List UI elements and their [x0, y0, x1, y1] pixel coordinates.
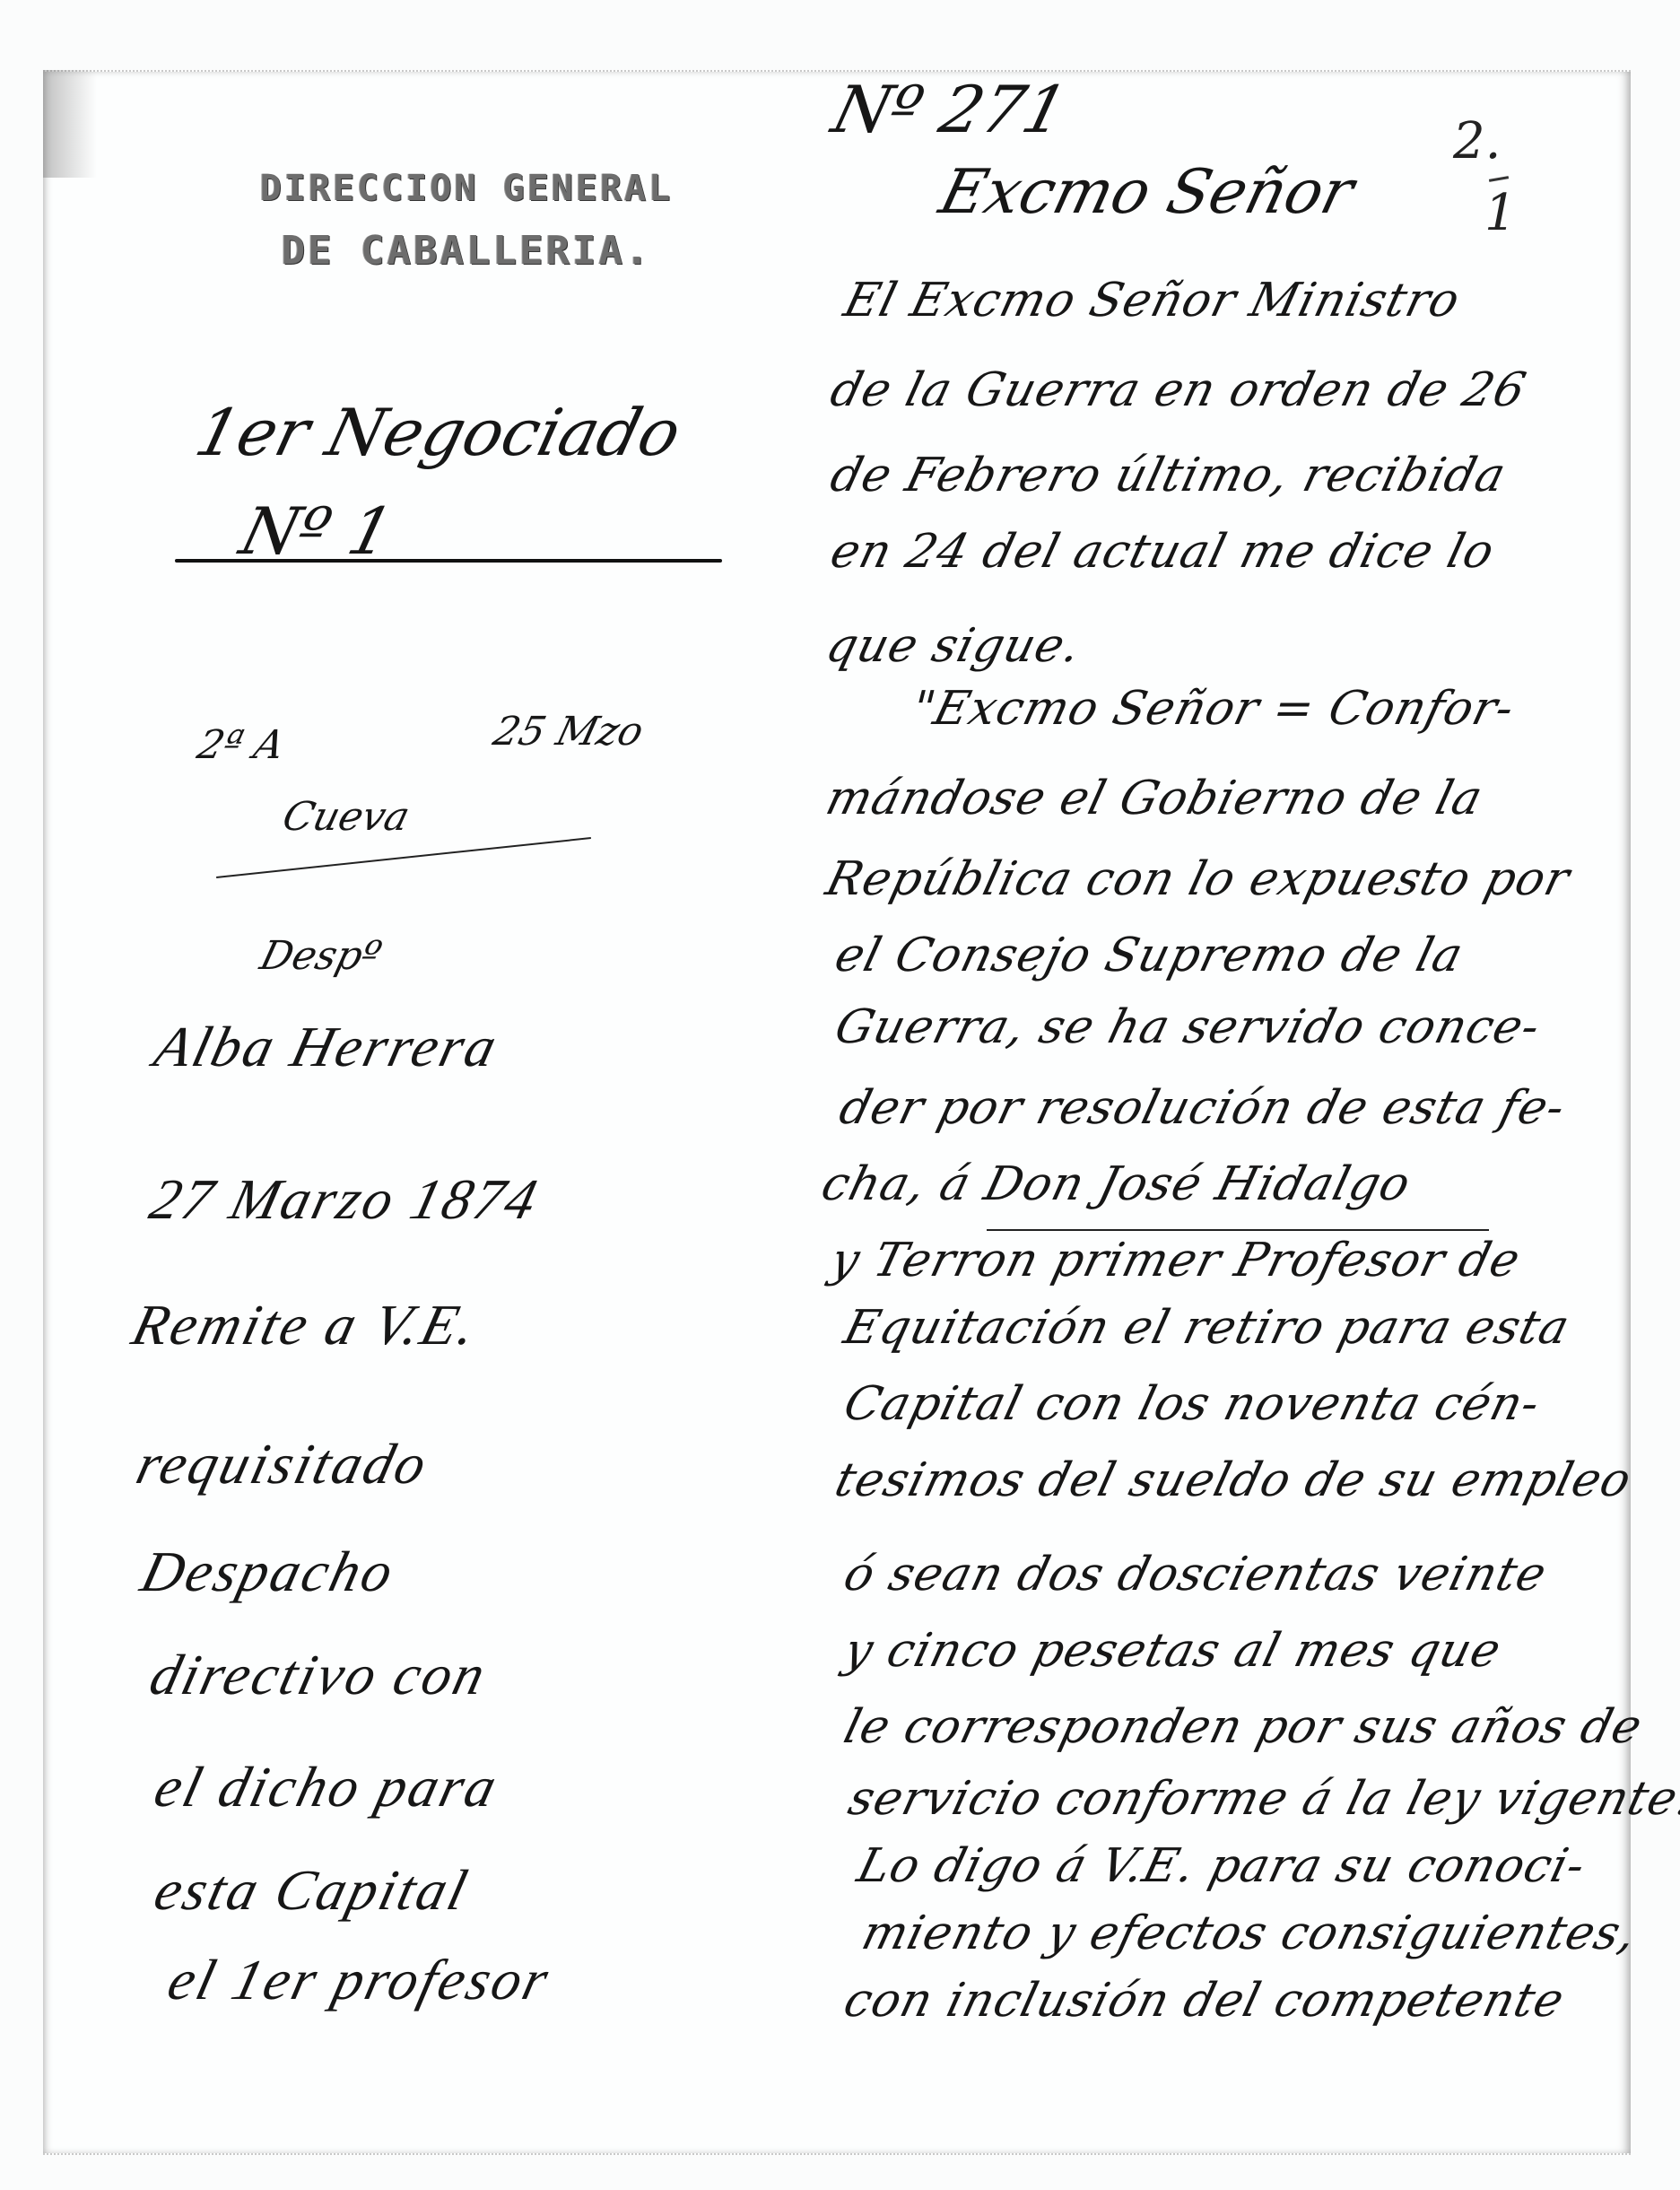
- margin-dispatch: Despº: [256, 933, 386, 979]
- margin-initials: Cueva: [278, 794, 414, 840]
- body-line: Lo digo á V.E. para su conoci-: [852, 1839, 1591, 1893]
- document-number: Nº 271: [825, 72, 1075, 147]
- margin-entry: Remite a V.E.: [126, 1292, 485, 1358]
- stamp-line-1: DIRECCION GENERAL: [220, 157, 713, 220]
- body-line: y Terron primer Profesor de: [825, 1234, 1526, 1287]
- margin-note-left: 2ª A: [193, 722, 289, 768]
- body-line: servicio conforme á la ley vigente.: [843, 1772, 1680, 1826]
- body-line: con inclusión del competente: [839, 1974, 1570, 2028]
- margin-entry: Despacho: [135, 1539, 402, 1605]
- stamp-line-2: DE CABALLERIA.: [220, 220, 713, 283]
- body-line: mándose el Gobierno de la: [821, 772, 1488, 825]
- body-line: de la Guerra en orden de 26: [825, 363, 1532, 417]
- folio-top: 2.: [1453, 112, 1501, 170]
- margin-entry: Alba Herrera: [148, 1014, 506, 1080]
- body-line: "Excmo Señor = Confor-: [906, 682, 1520, 736]
- body-line: cha, á Don José Hidalgo: [816, 1157, 1416, 1211]
- body-line: que sigue.: [821, 619, 1086, 673]
- margin-entry: requisitado: [130, 1431, 436, 1497]
- body-line: miento y efectos consiguientes,: [857, 1906, 1642, 1960]
- margin-entry: directivo con: [144, 1642, 494, 1708]
- body-line: der por resolución de esta fe-: [834, 1081, 1571, 1135]
- body-line: y cinco pesetas al mes que: [839, 1624, 1507, 1678]
- body-line: El Excmo Señor Ministro: [839, 274, 1466, 327]
- margin-entry: esta Capital: [148, 1857, 476, 1924]
- margin-section: 1er Negociado: [188, 395, 688, 470]
- page-corner-shadow: [43, 70, 97, 178]
- margin-entry: 27 Marzo 1874: [144, 1166, 546, 1233]
- body-line: en 24 del actual me dice lo: [825, 525, 1500, 579]
- body-line: tesimos del sueldo de su empleo: [830, 1453, 1637, 1507]
- body-line: República con lo expuesto por: [821, 852, 1575, 906]
- body-line: ó sean dos doscientas veinte: [839, 1548, 1552, 1601]
- body-line: Guerra, se ha servido conce-: [830, 1000, 1545, 1054]
- margin-entry: el 1er profesor: [161, 1947, 557, 2013]
- margin-section-number: Nº 1: [233, 493, 401, 569]
- body-line: el Consejo Supremo de la: [830, 929, 1468, 982]
- cavalry-directorate-stamp: DIRECCION GENERAL DE CABALLERIA.: [220, 157, 713, 283]
- margin-entry: el dicho para: [148, 1754, 506, 1820]
- body-line: le corresponden por sus años de: [839, 1700, 1648, 1754]
- body-line: Equitación el retiro para esta: [839, 1301, 1575, 1355]
- name-underline: [987, 1229, 1489, 1231]
- folio-bottom: 1: [1484, 184, 1517, 242]
- margin-note-date: 25 Mzo: [489, 709, 648, 755]
- margin-section-rule: [175, 559, 722, 563]
- body-line: Capital con los noventa cén-: [839, 1377, 1545, 1431]
- salutation: Excmo Señor: [933, 157, 1361, 228]
- body-line: de Febrero último, recibida: [825, 449, 1511, 502]
